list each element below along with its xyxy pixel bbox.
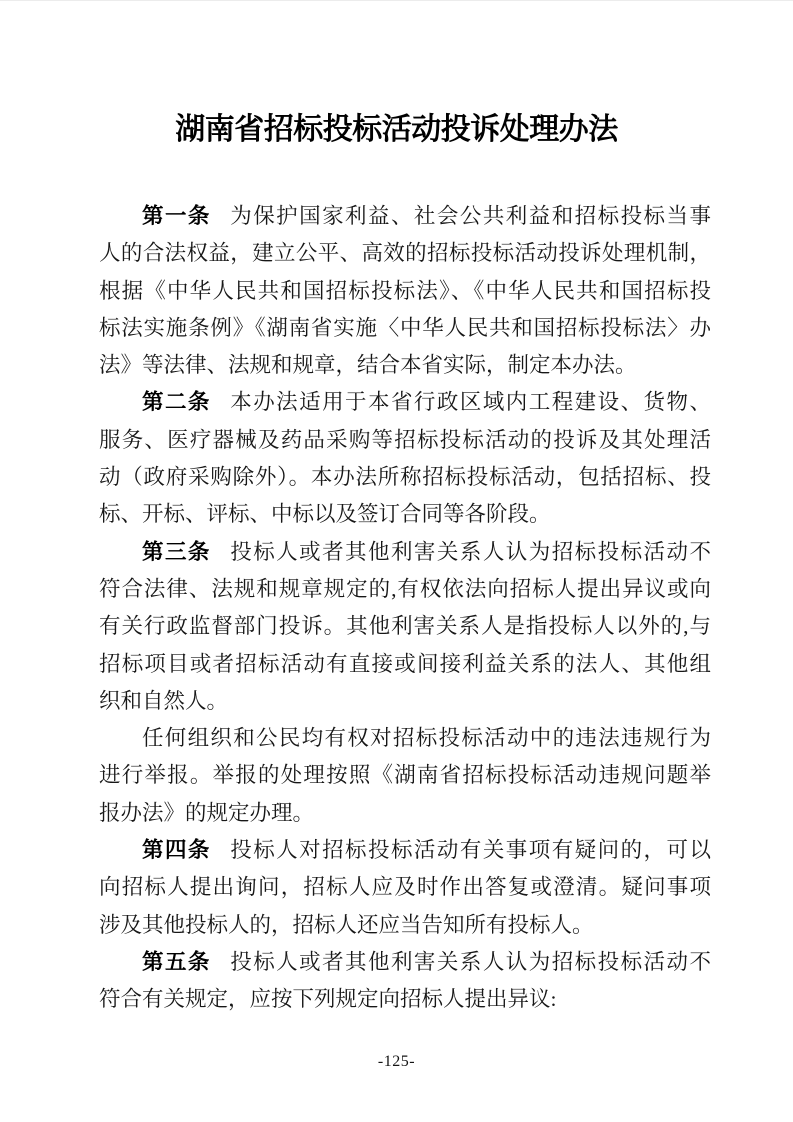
line-text: 投标人或者其他利害关系人认为招标投标活动不 [230, 950, 711, 974]
text-line: 人的合法权益，建立公平、高效的招标投标活动投诉处理机制， [99, 235, 711, 272]
line-text: 投标人或者其他利害关系人认为招标投标活动不 [230, 540, 711, 564]
line-text: 投标人对招标投标活动有关事项有疑问的，可以 [230, 838, 711, 862]
line-text: 本办法适用于本省行政区域内工程建设、货物、 [230, 390, 711, 414]
text-line: 第四条投标人对招标投标活动有关事项有疑问的，可以 [99, 832, 711, 869]
paragraph-article-5: 第五条投标人或者其他利害关系人认为招标投标活动不 符合有关规定，应按下列规定向招… [99, 944, 711, 1019]
paragraph-article-3-continued: 任何组织和公民均有权对招标投标活动中的违法违规行为 进行举报。举报的处理按照《湖… [99, 720, 711, 832]
text-line: 报办法》的规定办理。 [99, 795, 711, 832]
text-line: 招标项目或者招标活动有直接或间接利益关系的法人、其他组 [99, 646, 711, 683]
document-page: 湖南省招标投标活动投诉处理办法 第一条为保护国家利益、社会公共利益和招标投标当事… [0, 0, 793, 1122]
text-line: 织和自然人。 [99, 683, 711, 720]
article-number-label: 第五条 [142, 950, 211, 974]
text-line: 符合法律、法规和规章规定的,有权依法向招标人提出异议或向 [99, 571, 711, 608]
paragraph-article-3: 第三条投标人或者其他利害关系人认为招标投标活动不 符合法律、法规和规章规定的,有… [99, 534, 711, 720]
text-line: 向招标人提出询问，招标人应及时作出答复或澄清。疑问事项 [99, 869, 711, 906]
line-text: 为保护国家利益、社会公共利益和招标投标当事 [230, 204, 711, 228]
text-line: 涉及其他投标人的，招标人还应当告知所有投标人。 [99, 907, 711, 944]
paragraph-article-2: 第二条本办法适用于本省行政区域内工程建设、货物、 服务、医疗器械及药品采购等招标… [99, 384, 711, 533]
text-line: 第一条为保护国家利益、社会公共利益和招标投标当事 [99, 198, 711, 235]
article-number-label: 第一条 [142, 204, 211, 228]
text-line: 符合有关规定，应按下列规定向招标人提出异议: [99, 981, 711, 1018]
text-line: 动（政府采购除外）。本办法所称招标投标活动，包括招标、投 [99, 459, 711, 496]
article-number-label: 第二条 [142, 390, 211, 414]
text-line: 第三条投标人或者其他利害关系人认为招标投标活动不 [99, 534, 711, 571]
text-line: 标法实施条例》《湖南省实施〈中华人民共和国招标投标法〉办 [99, 310, 711, 347]
text-line: 标、开标、评标、中标以及签订合同等各阶段。 [99, 496, 711, 533]
text-line: 第二条本办法适用于本省行政区域内工程建设、货物、 [99, 384, 711, 421]
page-footer: -125- [0, 1053, 793, 1071]
text-line: 进行举报。举报的处理按照《湖南省招标投标活动违规问题举 [99, 757, 711, 794]
text-line: 法》等法律、法规和规章，结合本省实际，制定本办法。 [99, 347, 711, 384]
text-line: 根据《中华人民共和国招标投标法》、《中华人民共和国招标投 [99, 273, 711, 310]
article-number-label: 第四条 [142, 838, 211, 862]
text-line: 任何组织和公民均有权对招标投标活动中的违法违规行为 [99, 720, 711, 757]
document-title: 湖南省招标投标活动投诉处理办法 [0, 104, 793, 148]
article-number-label: 第三条 [142, 540, 211, 564]
text-line: 第五条投标人或者其他利害关系人认为招标投标活动不 [99, 944, 711, 981]
text-line: 服务、医疗器械及药品采购等招标投标活动的投诉及其处理活 [99, 422, 711, 459]
paragraph-article-4: 第四条投标人对招标投标活动有关事项有疑问的，可以 向招标人提出询问，招标人应及时… [99, 832, 711, 944]
text-line: 有关行政监督部门投诉。其他利害关系人是指投标人以外的,与 [99, 608, 711, 645]
page-number: -125- [378, 1053, 415, 1070]
document-body: 第一条为保护国家利益、社会公共利益和招标投标当事 人的合法权益，建立公平、高效的… [99, 198, 711, 1019]
paragraph-article-1: 第一条为保护国家利益、社会公共利益和招标投标当事 人的合法权益，建立公平、高效的… [99, 198, 711, 384]
